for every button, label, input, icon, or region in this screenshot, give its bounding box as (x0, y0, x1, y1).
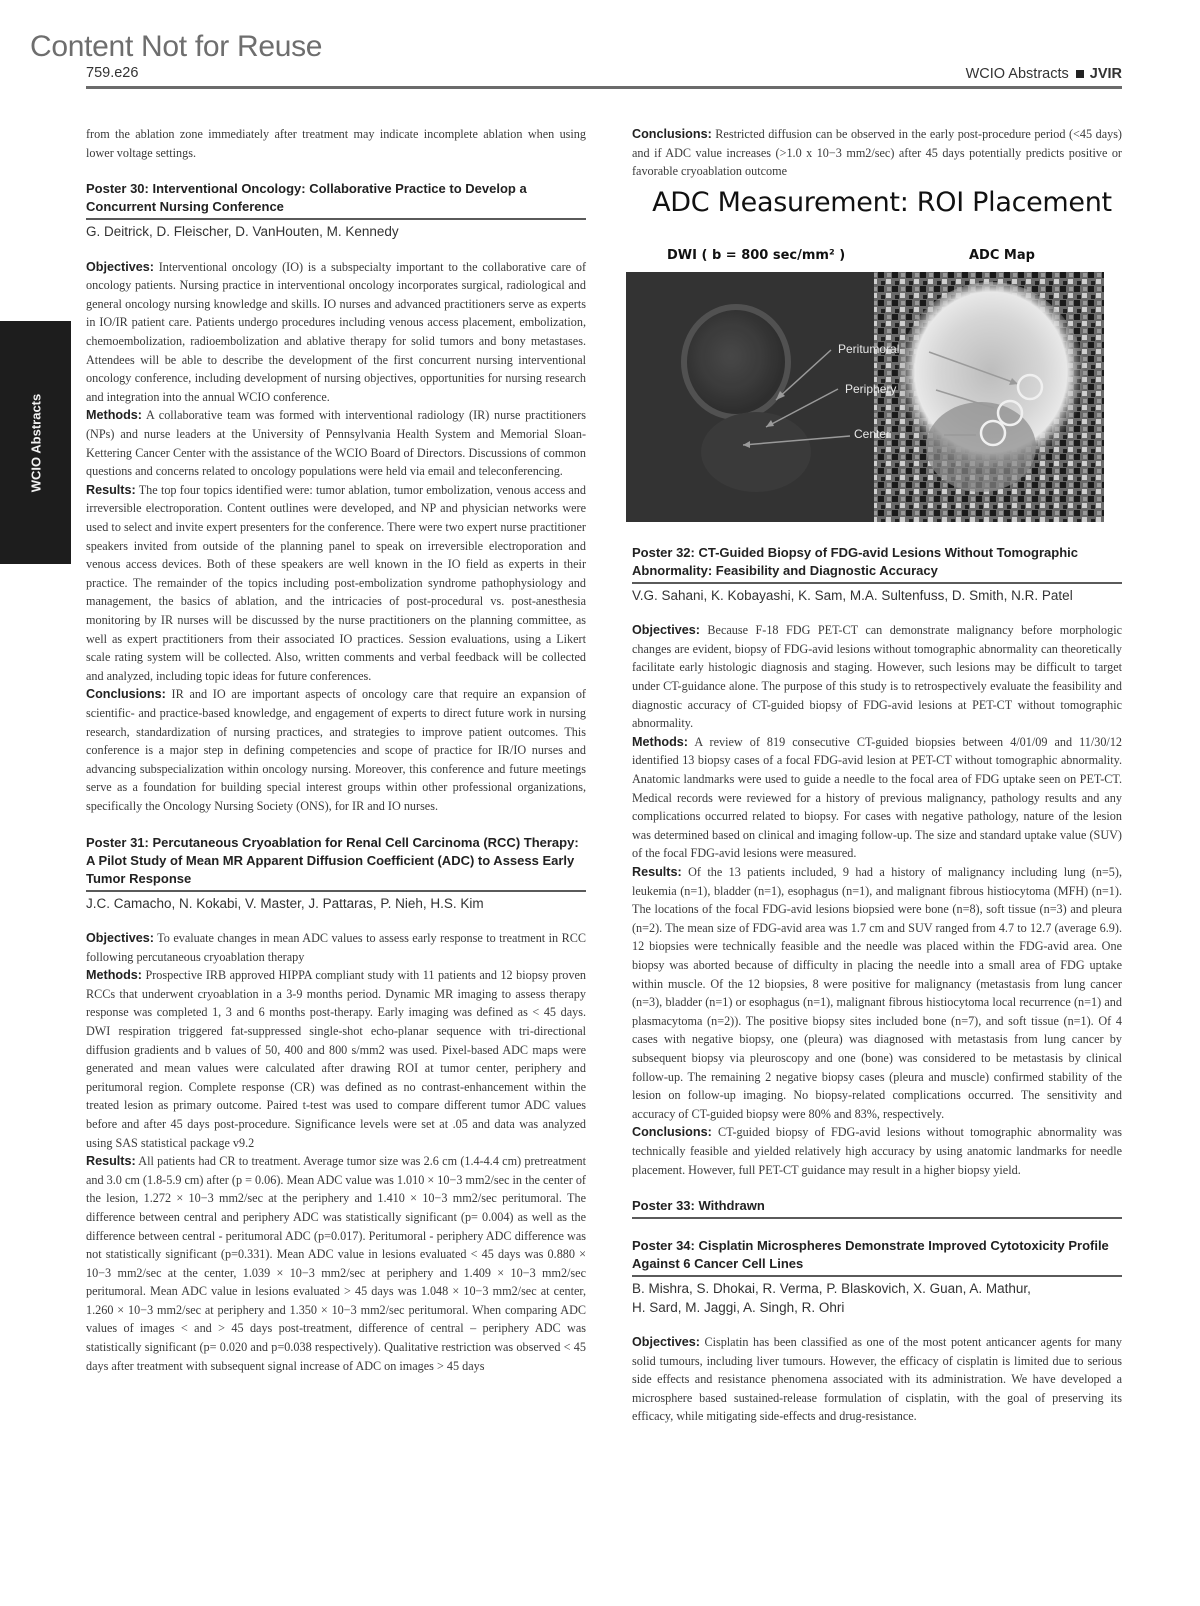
poster-32-title: Poster 32: CT-Guided Biopsy of FDG-avid … (632, 544, 1122, 584)
center-annotation: Center (854, 427, 890, 441)
poster-34-title: Poster 34: Cisplatin Microspheres Demons… (632, 1237, 1122, 1277)
section-text: To evaluate changes in mean ADC values t… (86, 931, 586, 964)
poster-31-methods: Methods: Prospective IRB approved HIPPA … (86, 966, 586, 1152)
poster-32-objectives: Objectives: Because F-18 FDG PET-CT can … (632, 621, 1122, 733)
square-separator-icon (1076, 70, 1084, 78)
poster-33-title: Poster 33: Withdrawn (632, 1197, 1122, 1219)
poster-31-title: Poster 31: Percutaneous Cryoablation for… (86, 834, 586, 892)
section-label: Results: (632, 865, 682, 879)
section-label: Objectives: (632, 623, 700, 637)
poster-34-objectives: Objectives: Cisplatin has been classifie… (632, 1333, 1122, 1426)
periphery-annotation: Periphery (845, 382, 896, 396)
poster-32-results: Results: Of the 13 patients included, 9 … (632, 863, 1122, 1123)
mri-image: Peritumoral Periphery Center (626, 272, 1104, 522)
section-text: The top four topics identified were: tum… (86, 483, 586, 683)
section-label: Results: (86, 483, 136, 497)
poster-30-results: Results: The top four topics identified … (86, 481, 586, 686)
journal-name: JVIR (1090, 66, 1122, 82)
journal-running-head: WCIO AbstractsJVIR (966, 66, 1122, 82)
continuation-text: from the ablation zone immediately after… (86, 125, 586, 162)
section-label: Objectives: (86, 260, 154, 274)
poster-31-conclusions: Conclusions: Restricted diffusion can be… (632, 125, 1122, 181)
section-text: Of the 13 patients included, 9 had a his… (632, 865, 1122, 1121)
dwi-panel-label: DWI ( b = 800 sec/mm² ) (667, 248, 845, 263)
section-text: Interventional oncology (IO) is a subspe… (86, 260, 586, 404)
authors-line-2: H. Sard, M. Jaggi, A. Singh, R. Ohri (632, 1299, 1122, 1318)
section-label: Objectives: (86, 931, 154, 945)
left-column: from the ablation zone immediately after… (86, 125, 586, 1375)
poster-30-authors: G. Deitrick, D. Fleischer, D. VanHouten,… (86, 223, 586, 242)
figure-panel-labels: DWI ( b = 800 sec/mm² ) ADC Map (632, 248, 1122, 272)
section-text: A collaborative team was formed with int… (86, 408, 586, 478)
section-label: Methods: (632, 735, 688, 749)
section-label: Conclusions: (632, 127, 712, 141)
section-text: All patients had CR to treatment. Averag… (86, 1154, 586, 1373)
poster-34-authors: B. Mishra, S. Dhokai, R. Verma, P. Blask… (632, 1280, 1122, 1317)
section-text: Cisplatin has been classified as one of … (632, 1335, 1122, 1423)
adc-figure: ADC Measurement: ROI Placement DWI ( b =… (632, 187, 1122, 522)
watermark: Content Not for Reuse (30, 30, 322, 64)
section-text: Because F-18 FDG PET-CT can demonstrate … (632, 623, 1122, 730)
section-text: A review of 819 consecutive CT-guided bi… (632, 735, 1122, 861)
section-label: Results: (86, 1154, 136, 1168)
figure-title: ADC Measurement: ROI Placement (632, 187, 1122, 218)
side-tab-label: WCIO Abstracts (28, 393, 43, 491)
poster-30-conclusions: Conclusions: IR and IO are important asp… (86, 685, 586, 815)
right-column: Conclusions: Restricted diffusion can be… (632, 125, 1122, 1426)
page-number: 759.e26 (86, 65, 138, 81)
mri-scan-graphic (626, 272, 1104, 522)
poster-30-objectives: Objectives: Interventional oncology (IO)… (86, 258, 586, 407)
poster-30-title: Poster 30: Interventional Oncology: Coll… (86, 180, 586, 220)
poster-31-results: Results: All patients had CR to treatmen… (86, 1152, 586, 1375)
poster-31-objectives: Objectives: To evaluate changes in mean … (86, 929, 586, 966)
section-label: Objectives: (632, 1335, 700, 1349)
section-name: WCIO Abstracts (966, 66, 1069, 82)
section-label: Conclusions: (86, 687, 166, 701)
section-text: Prospective IRB approved HIPPA compliant… (86, 968, 586, 1149)
section-label: Methods: (86, 408, 142, 422)
side-tab: WCIO Abstracts (0, 321, 71, 564)
poster-30-methods: Methods: A collaborative team was formed… (86, 406, 586, 480)
section-text: IR and IO are important aspects of oncol… (86, 687, 586, 813)
adc-panel-label: ADC Map (969, 248, 1035, 263)
poster-31-authors: J.C. Camacho, N. Kokabi, V. Master, J. P… (86, 895, 586, 914)
page-header: 759.e26 WCIO AbstractsJVIR (86, 64, 1122, 89)
poster-32-methods: Methods: A review of 819 consecutive CT-… (632, 733, 1122, 863)
poster-32-conclusions: Conclusions: CT-guided biopsy of FDG-avi… (632, 1123, 1122, 1179)
section-label: Methods: (86, 968, 142, 982)
peritumoral-annotation: Peritumoral (838, 342, 899, 356)
poster-32-authors: V.G. Sahani, K. Kobayashi, K. Sam, M.A. … (632, 587, 1122, 606)
section-label: Conclusions: (632, 1125, 712, 1139)
authors-line-1: B. Mishra, S. Dhokai, R. Verma, P. Blask… (632, 1280, 1122, 1299)
